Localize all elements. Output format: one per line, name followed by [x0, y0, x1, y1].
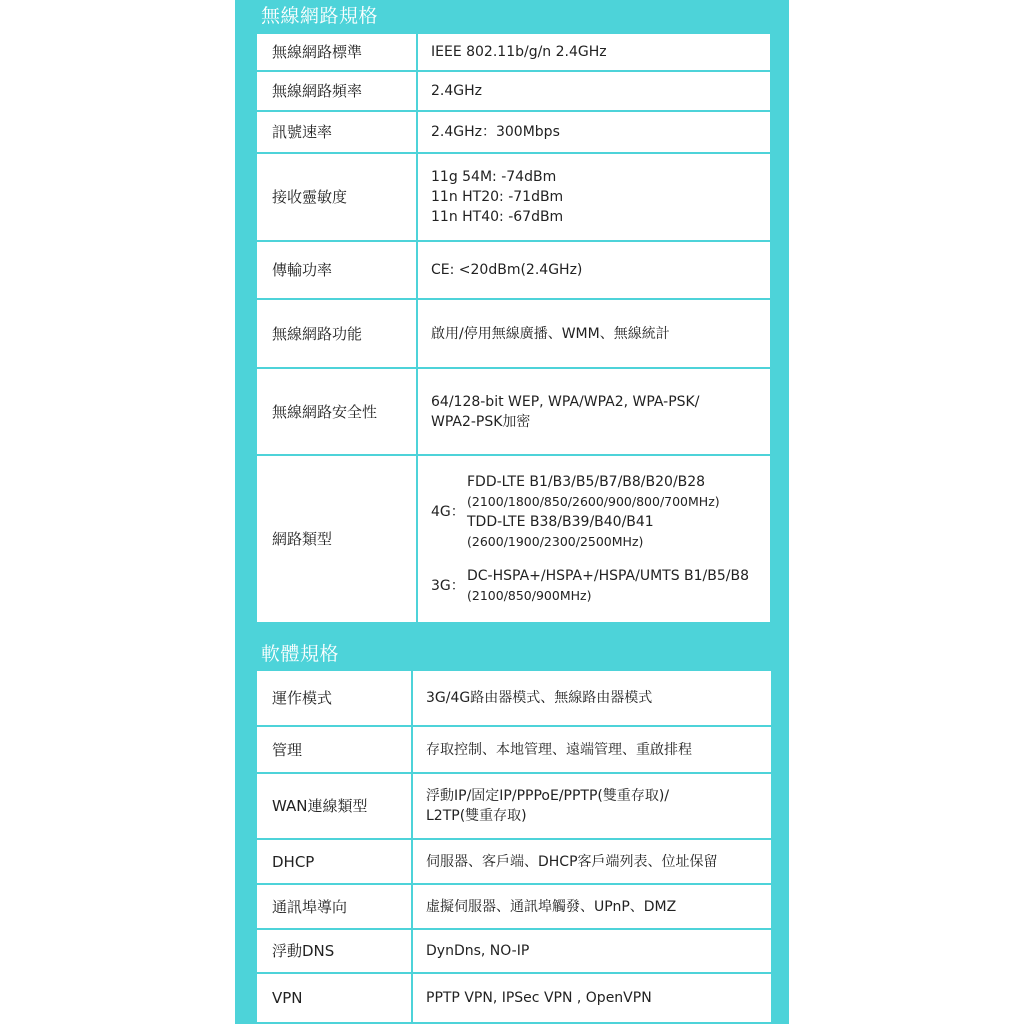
row-label: 運作模式	[256, 670, 412, 726]
table-row: 浮動DNS DynDns, NO-IP	[256, 929, 772, 973]
table-row: 運作模式 3G/4G路由器模式、無線路由器模式	[256, 670, 772, 726]
network-lines: DC-HSPA+/HSPA+/HSPA/UMTS B1/B5/B8 (2100/…	[467, 566, 749, 606]
table-row: 傳輸功率 CE: <20dBm(2.4GHz)	[256, 241, 771, 299]
row-value: 3G/4G路由器模式、無線路由器模式	[412, 670, 772, 726]
row-label: 無線網路功能	[256, 299, 417, 368]
row-value: 64/128-bit WEP, WPA/WPA2, WPA-PSK/ WPA2-…	[417, 368, 771, 455]
value-line: WPA2-PSK加密	[431, 412, 770, 432]
table-row: 接收靈敏度 11g 54M: -74dBm 11n HT20: -71dBm 1…	[256, 153, 771, 241]
row-value: 2.4GHz：300Mbps	[417, 111, 771, 153]
value-line: (2100/850/900MHz)	[467, 586, 749, 606]
table-row: 無線網路標準 IEEE 802.11b/g/n 2.4GHz	[256, 33, 771, 71]
row-label: 接收靈敏度	[256, 153, 417, 241]
row-label: 浮動DNS	[256, 929, 412, 973]
value-line: FDD-LTE B1/B3/B5/B7/B8/B20/B28	[467, 472, 720, 492]
wireless-section-title: 無線網路規格	[261, 4, 378, 28]
row-label: 無線網路標準	[256, 33, 417, 71]
row-label: 無線網路安全性	[256, 368, 417, 455]
table-row: 無線網路功能 啟用/停用無線廣播、WMM、無線統計	[256, 299, 771, 368]
value-line: 11g 54M: -74dBm	[431, 167, 770, 187]
table-row: 無線網路頻率 2.4GHz	[256, 71, 771, 111]
software-section-title: 軟體規格	[261, 642, 339, 666]
table-row: 無線網路安全性 64/128-bit WEP, WPA/WPA2, WPA-PS…	[256, 368, 771, 455]
network-group-4g: 4G： FDD-LTE B1/B3/B5/B7/B8/B20/B28 (2100…	[431, 472, 770, 552]
table-row: 管理 存取控制、本地管理、遠端管理、重啟排程	[256, 726, 772, 773]
value-line: (2100/1800/850/2600/900/800/700MHz)	[467, 492, 720, 512]
row-value: 4G： FDD-LTE B1/B3/B5/B7/B8/B20/B28 (2100…	[417, 455, 771, 623]
table-row: VPN PPTP VPN, IPSec VPN , OpenVPN	[256, 973, 772, 1023]
row-label: WAN連線類型	[256, 773, 412, 839]
wireless-spec-table: 無線網路標準 IEEE 802.11b/g/n 2.4GHz 無線網路頻率 2.…	[255, 32, 772, 624]
row-label: 管理	[256, 726, 412, 773]
row-value: 11g 54M: -74dBm 11n HT20: -71dBm 11n HT4…	[417, 153, 771, 241]
value-line: DC-HSPA+/HSPA+/HSPA/UMTS B1/B5/B8	[467, 566, 749, 586]
row-label: 傳輸功率	[256, 241, 417, 299]
row-value: CE: <20dBm(2.4GHz)	[417, 241, 771, 299]
table-row: 訊號速率 2.4GHz：300Mbps	[256, 111, 771, 153]
row-label: 網路類型	[256, 455, 417, 623]
network-prefix: 3G：	[431, 576, 467, 596]
row-value: 伺服器、客戶端、DHCP客戶端列表、位址保留	[412, 839, 772, 884]
row-label: 通訊埠導向	[256, 884, 412, 929]
row-value: 啟用/停用無線廣播、WMM、無線統計	[417, 299, 771, 368]
row-label: 無線網路頻率	[256, 71, 417, 111]
row-value: 浮動IP/固定IP/PPPoE/PPTP(雙重存取)/ L2TP(雙重存取)	[412, 773, 772, 839]
table-row: DHCP 伺服器、客戶端、DHCP客戶端列表、位址保留	[256, 839, 772, 884]
network-lines: FDD-LTE B1/B3/B5/B7/B8/B20/B28 (2100/180…	[467, 472, 720, 552]
software-spec-table: 運作模式 3G/4G路由器模式、無線路由器模式 管理 存取控制、本地管理、遠端管…	[255, 669, 773, 1024]
row-value: 存取控制、本地管理、遠端管理、重啟排程	[412, 726, 772, 773]
row-value: 2.4GHz	[417, 71, 771, 111]
row-value: PPTP VPN, IPSec VPN , OpenVPN	[412, 973, 772, 1023]
value-line: 64/128-bit WEP, WPA/WPA2, WPA-PSK/	[431, 392, 770, 412]
value-line: 浮動IP/固定IP/PPPoE/PPTP(雙重存取)/	[426, 786, 771, 806]
table-row: 網路類型 4G： FDD-LTE B1/B3/B5/B7/B8/B20/B28 …	[256, 455, 771, 623]
row-value: 虛擬伺服器、通訊埠觸發、UPnP、DMZ	[412, 884, 772, 929]
value-line: (2600/1900/2300/2500MHz)	[467, 532, 720, 552]
network-prefix: 4G：	[431, 502, 467, 522]
table-row: 通訊埠導向 虛擬伺服器、通訊埠觸發、UPnP、DMZ	[256, 884, 772, 929]
row-label: DHCP	[256, 839, 412, 884]
value-line: 11n HT40: -67dBm	[431, 207, 770, 227]
row-value: DynDns, NO-IP	[412, 929, 772, 973]
network-group-3g: 3G： DC-HSPA+/HSPA+/HSPA/UMTS B1/B5/B8 (2…	[431, 566, 770, 606]
value-line: L2TP(雙重存取)	[426, 806, 771, 826]
row-label: VPN	[256, 973, 412, 1023]
value-line: 11n HT20: -71dBm	[431, 187, 770, 207]
row-value: IEEE 802.11b/g/n 2.4GHz	[417, 33, 771, 71]
row-label: 訊號速率	[256, 111, 417, 153]
value-line: TDD-LTE B38/B39/B40/B41	[467, 512, 720, 532]
table-row: WAN連線類型 浮動IP/固定IP/PPPoE/PPTP(雙重存取)/ L2TP…	[256, 773, 772, 839]
